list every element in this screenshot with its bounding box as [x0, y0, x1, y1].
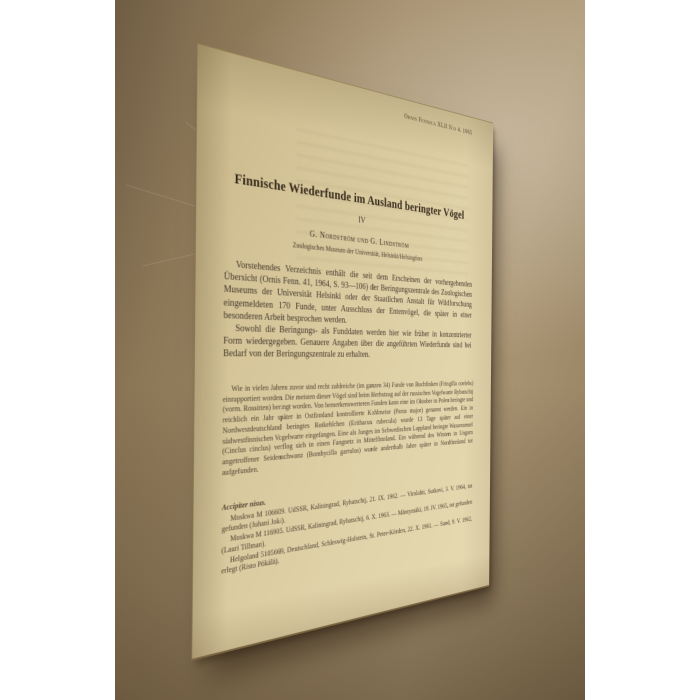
photo-canvas: Ornis Fennica XLII N:o 4. 1965 Finnische… — [0, 0, 700, 700]
offprint-cover-page: Ornis Fennica XLII N:o 4. 1965 Finnische… — [192, 44, 493, 659]
species-records-section: Accipiter nisus. Moskwa M 106609. UdSSR,… — [221, 473, 472, 577]
offprint-booklet: Ornis Fennica XLII N:o 4. 1965 Finnische… — [191, 43, 493, 661]
introduction-text: Vorstehendes Verzeichnis enthält die sei… — [223, 258, 472, 361]
paragraph: Vorstehendes Verzeichnis enthält die sei… — [223, 258, 472, 331]
journal-volume-header: Ornis Fennica XLII N:o 4. 1965 — [404, 112, 472, 136]
fine-print-paragraph: Wie in vielen Jahren zuvor sind recht za… — [222, 380, 473, 479]
photo-background: Ornis Fennica XLII N:o 4. 1965 Finnische… — [115, 0, 585, 700]
fine-print-summary: Wie in vielen Jahren zuvor sind recht za… — [222, 380, 473, 479]
